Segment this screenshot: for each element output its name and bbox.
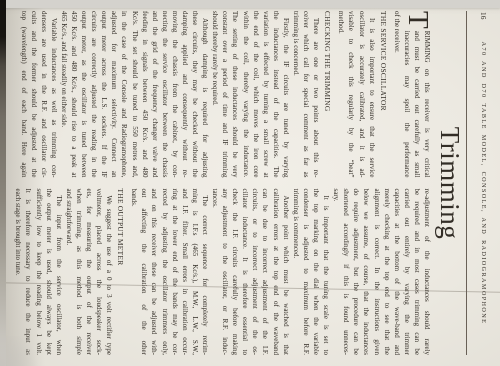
text-line: damping applied and consequently without… <box>180 11 190 178</box>
paragraph: The correct sequence for completely retr… <box>129 189 210 356</box>
text-line: the top marking on the dial when the var… <box>311 189 321 356</box>
text-line: ceiver which call for special comment as… <box>301 11 311 178</box>
text-line: cillator inductance. It is therefore ess… <box>240 189 250 356</box>
text-line: sary. <box>331 189 341 356</box>
text-line: calibration errors at the top end of the… <box>271 189 281 356</box>
text-line: voltmeter, placed across the loudspeaker… <box>94 189 104 356</box>
text-line: constant over a period of time and IF tr… <box>220 11 230 178</box>
text-line: ring at the lower end of the bands may b… <box>170 189 180 356</box>
text-line: oscillator is accurately calibrated, and… <box>356 11 366 178</box>
text-line: condenser is adjusted to maximum before … <box>301 189 311 356</box>
text-line: tances. <box>210 189 220 356</box>
text-column-2: re-adjustment of the inductances should … <box>13 189 432 356</box>
text-line: It is therefore necessary to reduce the … <box>23 189 33 356</box>
text-line: Although damping is required for adjusti… <box>200 11 210 178</box>
text-line: The setting of these inductances should … <box>230 11 240 178</box>
text-line: be required and in most cases trimming c… <box>412 189 422 356</box>
text-line: shortened accordingly if this is found u… <box>341 189 351 356</box>
text-line: There are one or two points about this r… <box>311 11 321 178</box>
text-line: trimming is concerned. <box>291 11 301 178</box>
paragraph: Firstly, the IF circuits are tuned by va… <box>210 11 291 178</box>
paragraph: There are one or two points about this r… <box>291 11 321 178</box>
text-line: do require adjustment, but the procedure… <box>351 189 361 356</box>
paragraph: TRIMMING on this receiver is very critic… <box>392 11 432 178</box>
text-line: these circuits, they may be checked with… <box>190 11 200 178</box>
text-line: 450 Kc/s. and 480 Kc/s., should rise to … <box>69 11 79 178</box>
paragraph: re-adjustment of the inductances should … <box>331 189 432 356</box>
text-line: merely checking at the top end to see th… <box>382 189 392 356</box>
text-line: The input from the service oscillator, w… <box>54 189 64 356</box>
page-title: Trimming <box>434 0 465 366</box>
text-line: It is also important to ensure that the … <box>367 11 377 178</box>
text-line: the inductances instead of the capacitie… <box>271 11 281 178</box>
text-line: cuits and the former should be adjusted … <box>29 11 39 178</box>
text-line: The correct sequence for completely retr… <box>200 189 210 356</box>
text-line: moving the chassis from the cabinet, by … <box>170 11 180 178</box>
text-line: alignment is correct. In the instruction… <box>371 189 381 356</box>
text-line: method. <box>336 11 346 178</box>
text-line: circuits are correctly adjusted the read… <box>89 11 99 178</box>
text-line: and straightforward. <box>64 189 74 356</box>
scan-edge-left <box>0 0 6 366</box>
page-number: 16 <box>479 12 488 20</box>
text-line: adjusted for maximum selectivity. Connec… <box>109 11 119 178</box>
text-line: out affecting the calibration of the oth… <box>139 189 149 356</box>
text-line: 465 Kc/s., and fall steadily on either s… <box>59 11 69 178</box>
paragraph: Another point which must be watched is t… <box>210 189 291 356</box>
text-line: variation is effected by turning a small… <box>261 11 271 178</box>
text-line: It is important that the tuning scale is… <box>321 189 331 356</box>
text-line: ming is I.F.s (465 Kc/s.), M.W., L.W., S… <box>190 189 200 356</box>
text-line: any adjustment to the oscillator, or R.F… <box>220 189 230 356</box>
text-line: and on this receiver these can be adjust… <box>149 189 159 356</box>
text-line: necting the service oscillator between t… <box>160 11 170 178</box>
text-line: Variable inductances as well as trimming… <box>49 11 59 178</box>
text-line: re-adjustment of the inductances should … <box>422 189 432 356</box>
text-columns: TRIMMING on this receiver is very critic… <box>13 11 432 355</box>
text-line: check the I.F. circuits carefully before… <box>230 189 240 356</box>
paragraph: It is important that the tuning scale is… <box>291 189 331 356</box>
text-line: RIMMING on this receiver is very critica… <box>422 11 432 178</box>
header-rule <box>466 11 467 355</box>
text-line: when trimming, as this method is both si… <box>74 189 84 356</box>
text-line: We suggest the use of a 0 to 3 volt rect… <box>104 189 114 356</box>
text-line: within the coil, thereby varying the ind… <box>241 11 251 178</box>
text-line: bands. <box>129 189 139 356</box>
text-line: feeding in signals between 450 Kc/s. and… <box>140 11 150 178</box>
text-line: should thereby rarely be required. <box>210 11 220 178</box>
text-line: capacities at the bottom of the wave-ban… <box>392 189 402 356</box>
text-line: the output meter is used, should always … <box>44 189 54 356</box>
book-page: 16 A70 AND D70 TABLE MODEL, CONSOLE, AND… <box>0 0 500 366</box>
text-line: and I.F. filter. Small errors in calibra… <box>180 189 190 356</box>
text-line: Kc/s. The set should be tuned to 550 met… <box>129 11 139 178</box>
paragraph: Variable inductances as well as trimming… <box>18 11 58 178</box>
text-line: rected by adjusting the oscillator trimm… <box>159 189 169 356</box>
text-line: Firstly, the IF circuits are tuned by va… <box>281 11 291 178</box>
paragraph: It is also important to ensure that the … <box>336 11 376 178</box>
scan-edge-top <box>0 0 500 8</box>
text-line: trimming is commenced. <box>291 189 301 356</box>
section-heading: CHECKING THE TRIMMING <box>323 11 332 178</box>
text-line: of the receiver. <box>392 11 402 178</box>
drop-cap: T <box>404 11 431 29</box>
text-line: Another point which must be watched is t… <box>281 189 291 356</box>
text-line: sufficiently low to keep the reading bel… <box>33 189 43 356</box>
text-line: can be due to incorrect adjustment of th… <box>260 189 270 356</box>
text-column-1: TRIMMING on this receiver is very critic… <box>13 11 432 178</box>
text-line: and the grid of the frequency changer va… <box>150 11 160 178</box>
text-line: output meter across the L.S. sockets. If… <box>99 11 109 178</box>
text-line: circuits, or to incorrect adjustment of … <box>250 189 260 356</box>
text-line: ets, for measuring the output of the rec… <box>84 189 94 356</box>
text-line: output meter, as the oscillator is tuned… <box>79 11 89 178</box>
paragraph: Although damping is required for adjusti… <box>59 11 210 178</box>
section-heading: THE SERVICE OSCILLATOR <box>379 11 388 178</box>
paragraph: We suggest the use of a 0 to 3 volt rect… <box>64 189 114 356</box>
text-line: carried out entirely by varying the trim… <box>402 189 412 356</box>
text-line: the end of the coil, which moves the iro… <box>251 11 261 178</box>
section-heading: THE OUTPUT METER <box>116 189 125 356</box>
text-line: in the case of the Console and Radiogram… <box>119 11 129 178</box>
text-line: each stage is brought into tune. <box>13 189 23 356</box>
text-line: top (wavelength) end of each band. Here … <box>18 11 28 178</box>
running-head: 16 A70 AND D70 TABLE MODEL, CONSOLE, AND… <box>480 11 487 355</box>
text-line: below we assume, of course, that the ind… <box>361 189 371 356</box>
text-line: and must be carried out carefully as sma… <box>412 11 422 178</box>
paragraph: The input from the service oscillator, w… <box>13 189 63 356</box>
text-line: densers are used in the R.F. and oscilla… <box>39 11 49 178</box>
running-title: A70 AND D70 TABLE MODEL, CONSOLE, AND RA… <box>480 42 487 325</box>
text-line: inaccuracies may spoil the performance <box>402 11 412 178</box>
text-line: visable to check this regularly by the “… <box>346 11 356 178</box>
